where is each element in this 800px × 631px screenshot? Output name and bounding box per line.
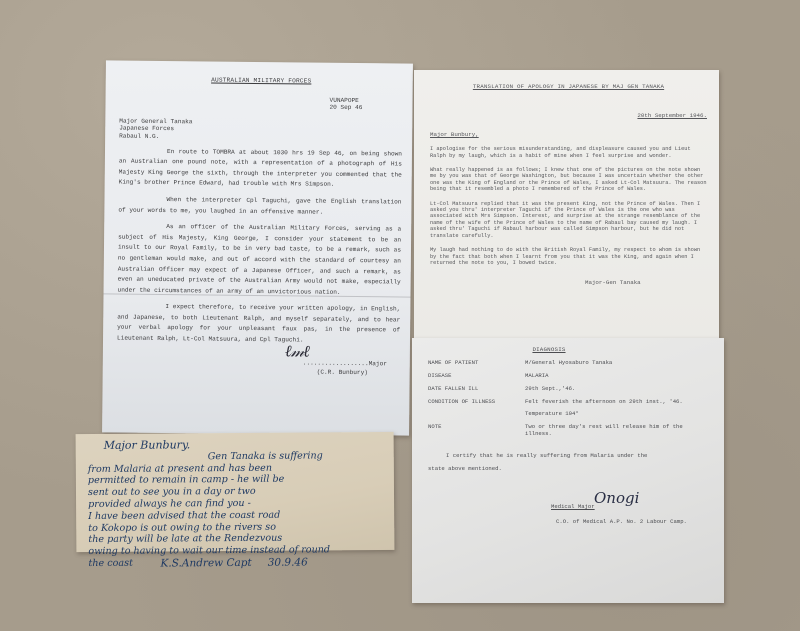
diagnosis-value: Two or three day's rest will release him… [525, 423, 710, 437]
apology-paragraph: I apologise for the serious misunderstan… [430, 146, 707, 159]
handwritten-note: Major Bunbury. Gen Tanaka is suffering f… [76, 432, 395, 552]
diagnosis-value: M/General Hyosaburo Tanaka [525, 359, 710, 366]
signature-name: (C.R. Bunbury) [317, 367, 368, 378]
apology-date: 20th September 1946. [430, 113, 707, 119]
diagnosis-label: NOTE [428, 423, 525, 437]
handwritten-signature: Onogi [594, 495, 639, 502]
diagnosis-temperature: Temperature 104° [525, 410, 710, 417]
letter-heading: AUSTRALIAN MILITARY FORCES [120, 75, 403, 89]
apology-paragraph: My laugh had nothing to do with the Brit… [430, 247, 707, 266]
letter-paragraph: I expect therefore, to receive your writ… [117, 302, 400, 347]
diagnosis-certification: I certify that he is really suffering fr… [428, 449, 658, 475]
diagnosis-value: Felt feverish the afternoon on 29th inst… [525, 398, 710, 405]
diagnosis-label: CONDITION OF ILLNESS [428, 398, 525, 405]
diagnosis-heading: DIAGNOSIS [388, 346, 710, 353]
diagnosis-label: NAME OF PATIENT [428, 359, 525, 366]
apology-translation: TRANSLATION OF APOLOGY IN JAPANESE BY MA… [414, 70, 719, 342]
diagnosis-row: DISEASE MALARIA [428, 372, 710, 379]
signer-title: Medical Major [551, 503, 595, 510]
note-signature-block: K.S.Andrew Capt 30.9.46 [160, 557, 386, 570]
diagnosis-value: MALARIA [525, 372, 710, 379]
apology-paragraph: What really happened is as follows; I kn… [430, 167, 707, 193]
letter-paragraph: En route to TOMBRA at about 1030 hrs 19 … [119, 146, 402, 191]
bunbury-letter: AUSTRALIAN MILITARY FORCES VUNAPOPE 20 S… [102, 60, 413, 435]
diagnosis-signoff: Medical Major Onogi C.O. of Medical A.P.… [428, 497, 710, 533]
apology-salutation: Major Bunbury, [430, 132, 707, 138]
diagnosis-row: CONDITION OF ILLNESS Felt feverish the a… [428, 398, 710, 405]
signer-unit: C.O. of Medical A.P. No. 2 Labour Camp. [556, 518, 687, 525]
letter-addressee: Major General Tanaka Japanese Forces Rab… [119, 117, 402, 143]
diagnosis-row: NAME OF PATIENT M/General Hyosaburo Tana… [428, 359, 710, 366]
addressee-line: Rabaul N.G. [119, 133, 402, 144]
apology-paragraph: Lt-Col Matsuura replied that it was the … [430, 201, 707, 239]
note-date: 30.9.46 [268, 557, 308, 569]
apology-signer: Major-Gen Tanaka [585, 280, 707, 286]
letter-signature-block: ℓ𝓂ℓ ..................Major (C.R. Bunbur… [117, 350, 400, 383]
diagnosis-label: DISEASE [428, 372, 525, 379]
handwritten-signature: ℓ𝓂ℓ [285, 346, 309, 357]
letter-date: 20 Sep 46 [329, 104, 402, 112]
note-signature: K.S.Andrew Capt [160, 558, 251, 570]
letter-paragraph: When the interpreter Cpl Taguchi, gave t… [118, 194, 401, 218]
diagnosis-sheet: DIAGNOSIS NAME OF PATIENT M/General Hyos… [412, 338, 724, 603]
diagnosis-row: NOTE Two or three day's rest will releas… [428, 423, 710, 437]
letter-place-date: VUNAPOPE 20 Sep 46 [329, 96, 402, 112]
letter-paragraph: As an officer of the Australian Military… [117, 222, 401, 299]
diagnosis-row: DATE FALLEN ILL 29th Sept.,'46. [428, 385, 710, 392]
apology-heading: TRANSLATION OF APOLOGY IN JAPANESE BY MA… [430, 84, 707, 90]
diagnosis-label: DATE FALLEN ILL [428, 385, 525, 392]
diagnosis-value: 29th Sept.,'46. [525, 385, 710, 392]
